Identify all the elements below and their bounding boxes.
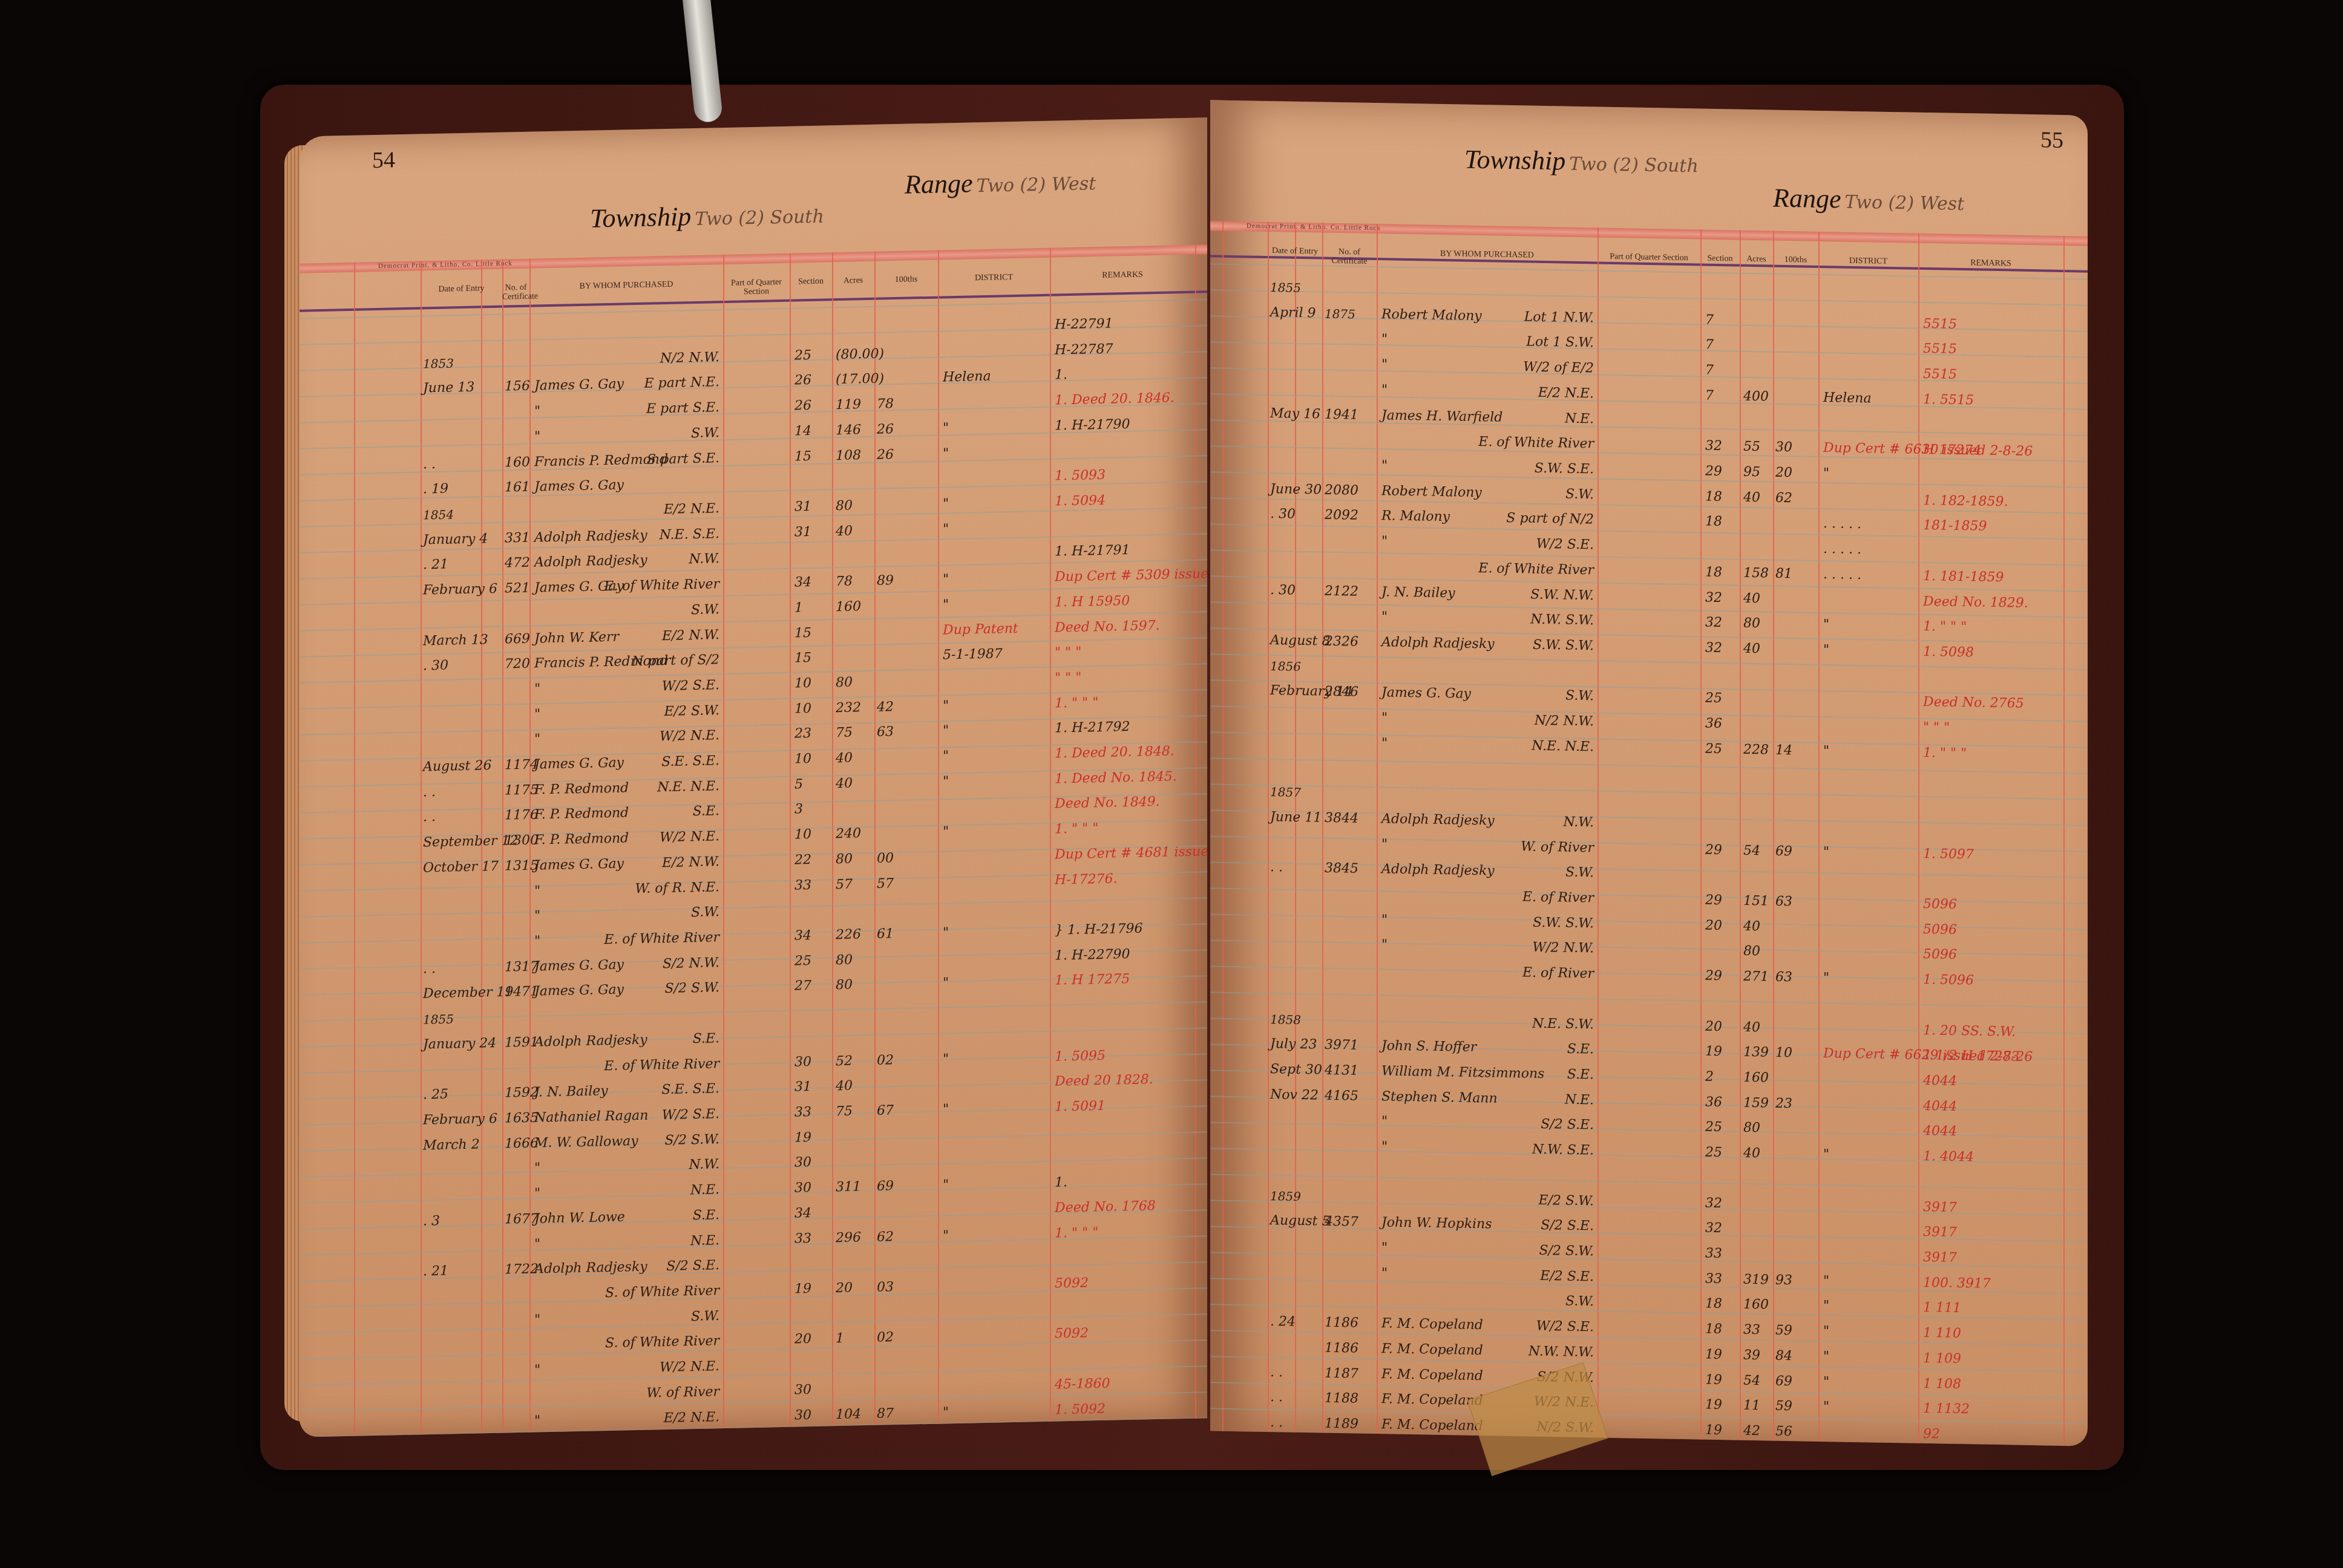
column-header: Section — [790, 276, 832, 287]
township-value: Two (2) South — [1569, 154, 1699, 177]
entry-district: " — [943, 1405, 949, 1420]
left-page: 54 TownshipTwo (2) South RangeTwo (2) We… — [300, 117, 1207, 1437]
entry-sec: 30 — [795, 1408, 811, 1423]
range-heading: RangeTwo (2) West — [1773, 183, 1964, 217]
entry-part: E/2 N.E. — [664, 1410, 719, 1426]
range-label: Range — [905, 168, 972, 199]
column-header: BY WHOM PURCHASED — [529, 279, 723, 292]
column-header: 100ths — [874, 275, 938, 286]
township-heading: TownshipTwo (2) South — [590, 198, 824, 234]
column-header: Part of Quarter Section — [723, 278, 790, 298]
column-header: Part of Quarter Section — [1597, 252, 1700, 263]
column-header: Section — [1700, 253, 1740, 264]
range-label: Range — [1773, 183, 1841, 214]
column-header: REMARKS — [1050, 269, 1195, 281]
range-value: Two (2) West — [976, 173, 1096, 197]
column-header: 100ths — [1773, 255, 1818, 266]
township-label: Township — [1464, 145, 1565, 176]
entry-remark: 1. 5092 — [1055, 1401, 1106, 1417]
right-page: 55 TownshipTwo (2) South RangeTwo (2) We… — [1210, 100, 2088, 1446]
column-header: DISTRICT — [938, 272, 1050, 284]
township-heading: TownshipTwo (2) South — [1464, 144, 1699, 179]
header-band — [300, 244, 1207, 273]
entry-name: " — [534, 1413, 540, 1428]
column-header: Acres — [1740, 255, 1773, 264]
column-header: Date of Entry — [421, 284, 502, 295]
column-header: No. of Certificate — [502, 283, 529, 302]
entry-acres: 104 — [836, 1406, 861, 1422]
page-number: 55 — [2040, 126, 2063, 154]
township-value: Two (2) South — [695, 206, 824, 230]
township-label: Township — [590, 201, 691, 234]
column-header: No. of Certificate — [1322, 247, 1377, 267]
column-header: Date of Entry — [1268, 246, 1322, 256]
range-heading: RangeTwo (2) West — [905, 165, 1096, 200]
entry-h: 87 — [877, 1406, 894, 1422]
column-header: Acres — [832, 276, 874, 286]
page-number: 54 — [372, 146, 395, 174]
range-value: Two (2) West — [1844, 192, 1964, 215]
column-header: DISTRICT — [1818, 256, 1918, 267]
